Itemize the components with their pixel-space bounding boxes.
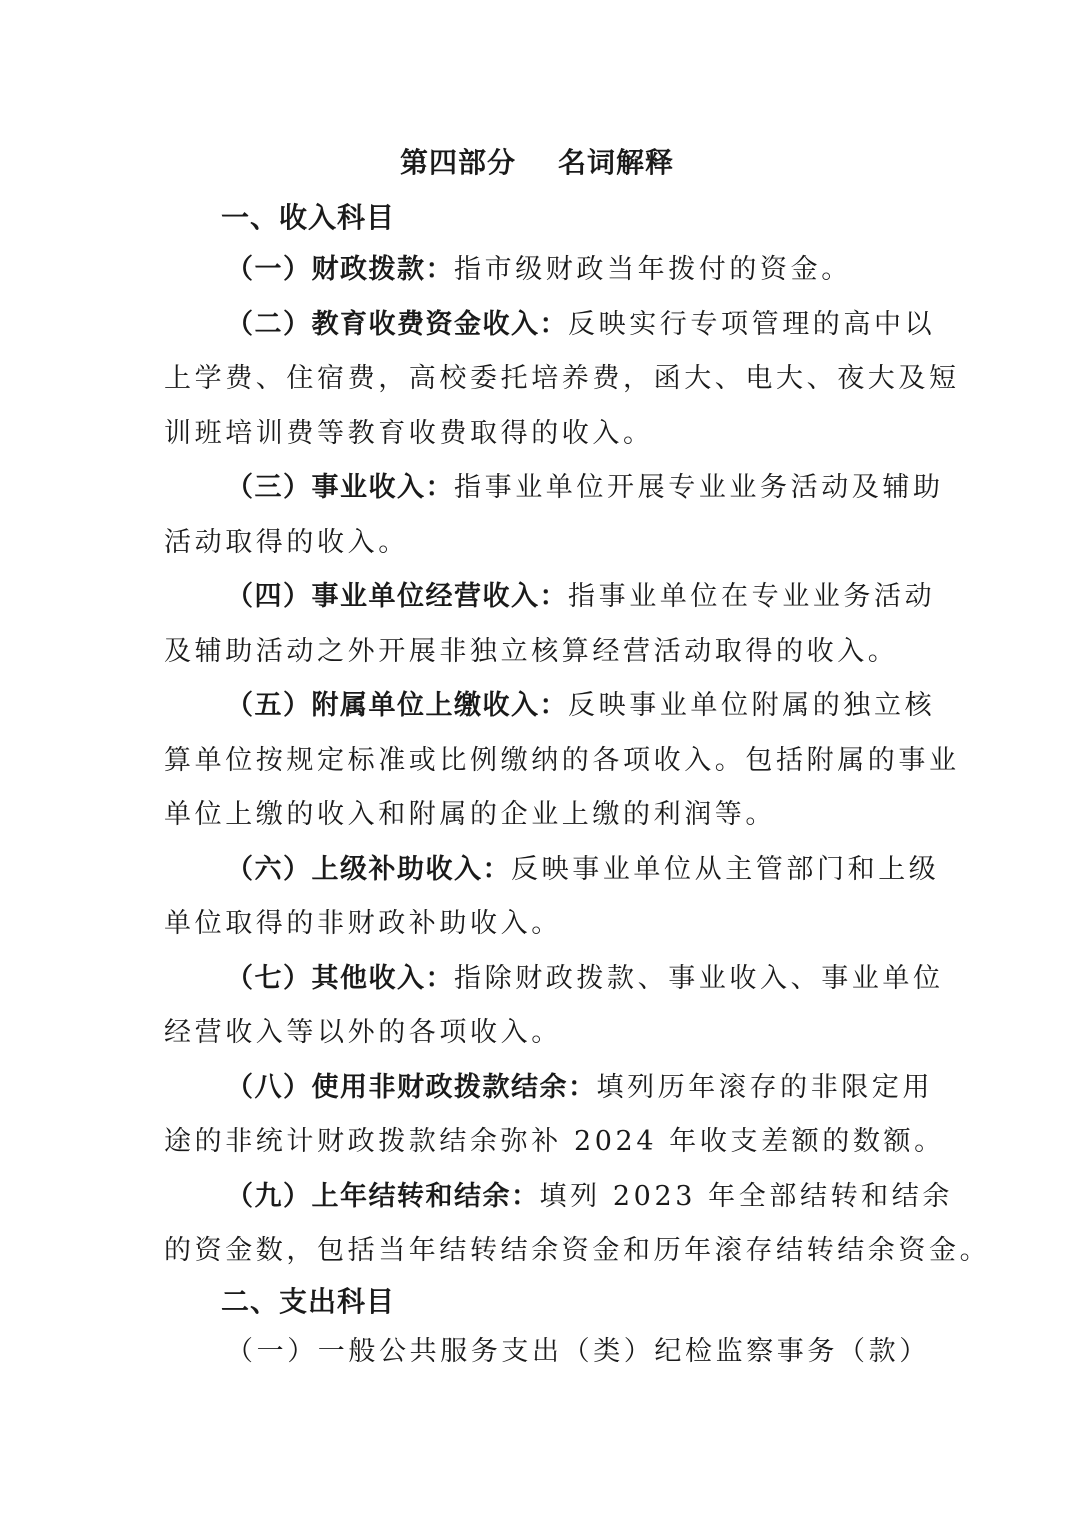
definition-text: 反映事业单位从主管部门和上级 <box>511 854 939 885</box>
page-title: 第四部分名词解释 <box>0 143 1074 183</box>
definition-continuation: 的资金数，包括当年结转结余资金和历年滚存结转结余资金。 <box>164 1233 990 1269</box>
definition-continuation: 及辅助活动之外开展非独立核算经营活动取得的收入。 <box>164 634 898 670</box>
term-label: （六）上级补助收入： <box>226 854 511 885</box>
definition-continuation: 途的非统计财政拨款结余弥补 2024 年收支差额的数额。 <box>164 1124 945 1160</box>
definition-continuation: 经营收入等以外的各项收入。 <box>164 1015 562 1051</box>
term-label: （八）使用非财政拨款结余： <box>226 1072 597 1103</box>
document-page: 第四部分名词解释 一、收入科目 （一）财政拨款：指市级财政当年拨付的资金。 （二… <box>0 0 1074 1520</box>
definition-text: 指除财政拨款、事业收入、事业单位 <box>454 963 944 994</box>
definition-superior-subsidy-income: （六）上级补助收入：反映事业单位从主管部门和上级 <box>226 852 939 888</box>
definition-text: 反映实行专项管理的高中以 <box>568 309 935 340</box>
term-label: （五）附属单位上缴收入： <box>226 690 568 721</box>
section-heading-expenditure: 二、支出科目 <box>221 1282 395 1322</box>
definition-continuation: 上学费、住宿费，高校委托培养费，函大、电大、夜大及短 <box>164 361 960 397</box>
definition-business-income: （三）事业收入：指事业单位开展专业业务活动及辅助 <box>226 470 944 506</box>
definition-text: 指市级财政当年拨付的资金。 <box>454 254 852 285</box>
definition-education-fee-income: （二）教育收费资金收入：反映实行专项管理的高中以 <box>226 307 935 343</box>
term-label: （七）其他收入： <box>226 963 454 994</box>
title-part: 第四部分 <box>400 146 516 179</box>
definition-text: 指事业单位开展专业业务活动及辅助 <box>454 472 944 503</box>
definition-operating-income: （四）事业单位经营收入：指事业单位在专业业务活动 <box>226 579 935 615</box>
term-label: （四）事业单位经营收入： <box>226 581 568 612</box>
definition-text: 指事业单位在专业业务活动 <box>568 581 935 612</box>
definition-non-fiscal-surplus: （八）使用非财政拨款结余：填列历年滚存的非限定用 <box>226 1070 933 1106</box>
definition-continuation: 单位取得的非财政补助收入。 <box>164 906 562 942</box>
definition-text: 填列历年滚存的非限定用 <box>597 1072 934 1103</box>
term-label: （三）事业收入： <box>226 472 454 503</box>
term-label: （一）财政拨款： <box>226 254 454 285</box>
definition-fiscal-appropriation: （一）财政拨款：指市级财政当年拨付的资金。 <box>226 252 852 288</box>
definition-text: 填列 2023 年全部结转和结余 <box>540 1181 953 1212</box>
term-label: （二）教育收费资金收入： <box>226 309 568 340</box>
definition-continuation: 活动取得的收入。 <box>164 525 409 561</box>
definition-continuation: 算单位按规定标准或比例缴纳的各项收入。包括附属的事业 <box>164 743 960 779</box>
definition-continuation: 训班培训费等教育收费取得的收入。 <box>164 416 654 452</box>
definition-affiliated-unit-income: （五）附属单位上缴收入：反映事业单位附属的独立核 <box>226 688 935 724</box>
term-label: （九）上年结转和结余： <box>226 1181 540 1212</box>
definition-other-income: （七）其他收入：指除财政拨款、事业收入、事业单位 <box>226 961 944 997</box>
title-name: 名词解释 <box>558 146 674 179</box>
expenditure-item-general-public-services: （一）一般公共服务支出（类）纪检监察事务（款） <box>226 1334 930 1370</box>
section-heading-income: 一、收入科目 <box>221 198 395 238</box>
definition-text: 反映事业单位附属的独立核 <box>568 690 935 721</box>
definition-prior-year-carryover: （九）上年结转和结余：填列 2023 年全部结转和结余 <box>226 1179 953 1215</box>
definition-continuation: 单位上缴的收入和附属的企业上缴的利润等。 <box>164 797 776 833</box>
